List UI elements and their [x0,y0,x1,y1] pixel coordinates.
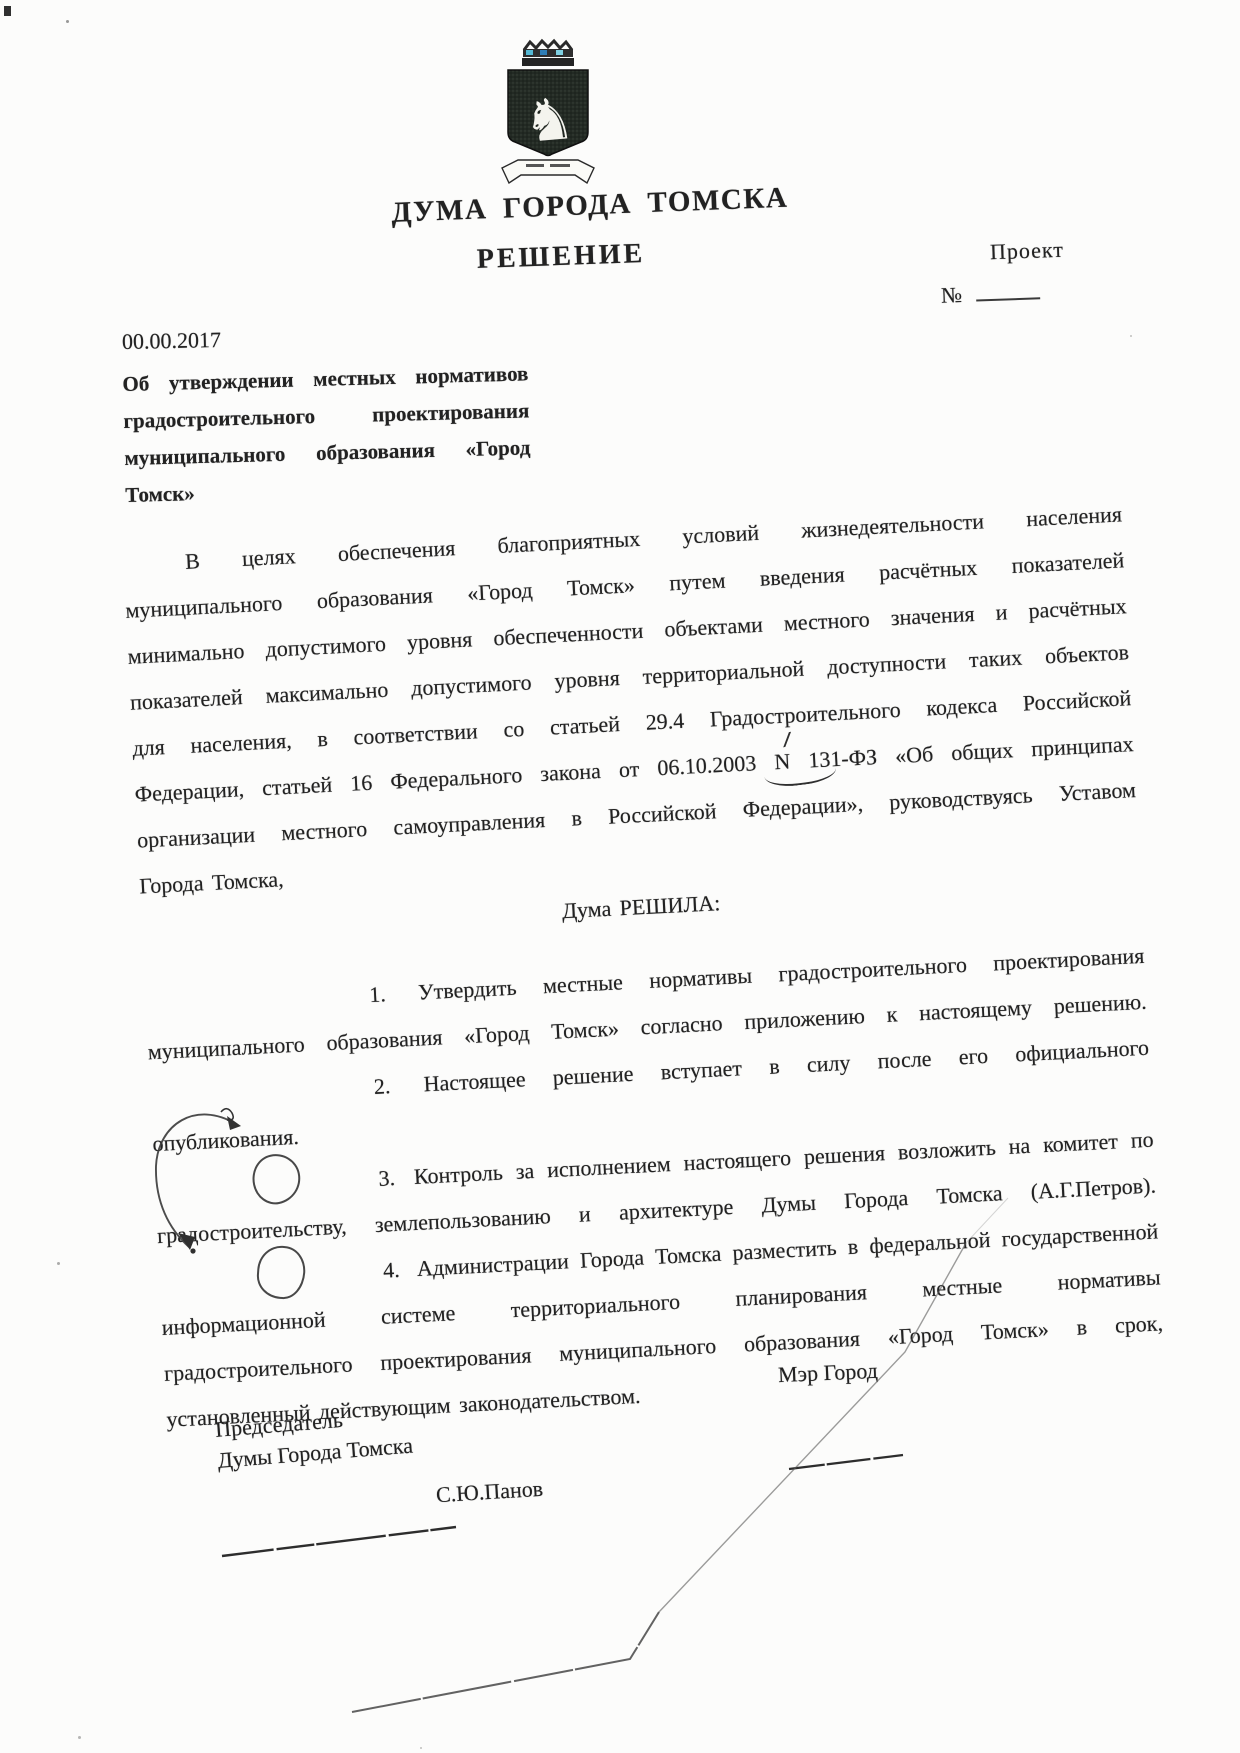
item-number-circled: 4. [270,1247,401,1299]
scan-speck [57,1262,60,1265]
document-date: 00.00.2017 [122,327,222,355]
number-label: № [941,282,963,308]
item-number-circled: 3. [266,1155,397,1207]
item-number: 1. [256,971,387,1023]
law-reference-marked-word: N [774,748,791,774]
scan-speck [420,1747,422,1749]
shield-icon: ♞ [508,70,588,156]
resolution-body: В целях обеспечения благоприятных услови… [122,491,1166,1442]
scan-speck [78,1736,81,1739]
horse-icon: ♞ [520,86,577,155]
fold-line [352,1612,659,1712]
mayor-signature-label: Мэр Город [777,1358,878,1388]
tomsk-coat-of-arms-emblem: ♞ [500,38,596,188]
document-number-row: № [941,279,1041,308]
org-title: ДУМА ГОРОДА ТОМСКА [387,182,792,230]
item-number: 2. [261,1063,392,1115]
scan-speck [1130,335,1132,337]
chairman-name: С.Ю.Панов [435,1476,543,1508]
ribbon-icon [502,160,594,183]
number-blank-line [976,279,1041,301]
crown-icon [522,41,574,66]
document-type-heading: РЕШЕНИЕ [430,236,693,277]
draft-label: Проект [990,237,1065,266]
mayor-signature-line [789,1455,903,1469]
chairman-signature-line [222,1527,456,1556]
scanned-resolution-document: ♞ ДУМА ГОРОДА ТОМСКА РЕШЕНИЕ Проект № 00… [0,0,1240,1753]
corner-scan-mark [4,6,11,16]
subject-text: Об утверждении местных нормативов градос… [122,355,532,514]
scan-speck [66,20,69,23]
